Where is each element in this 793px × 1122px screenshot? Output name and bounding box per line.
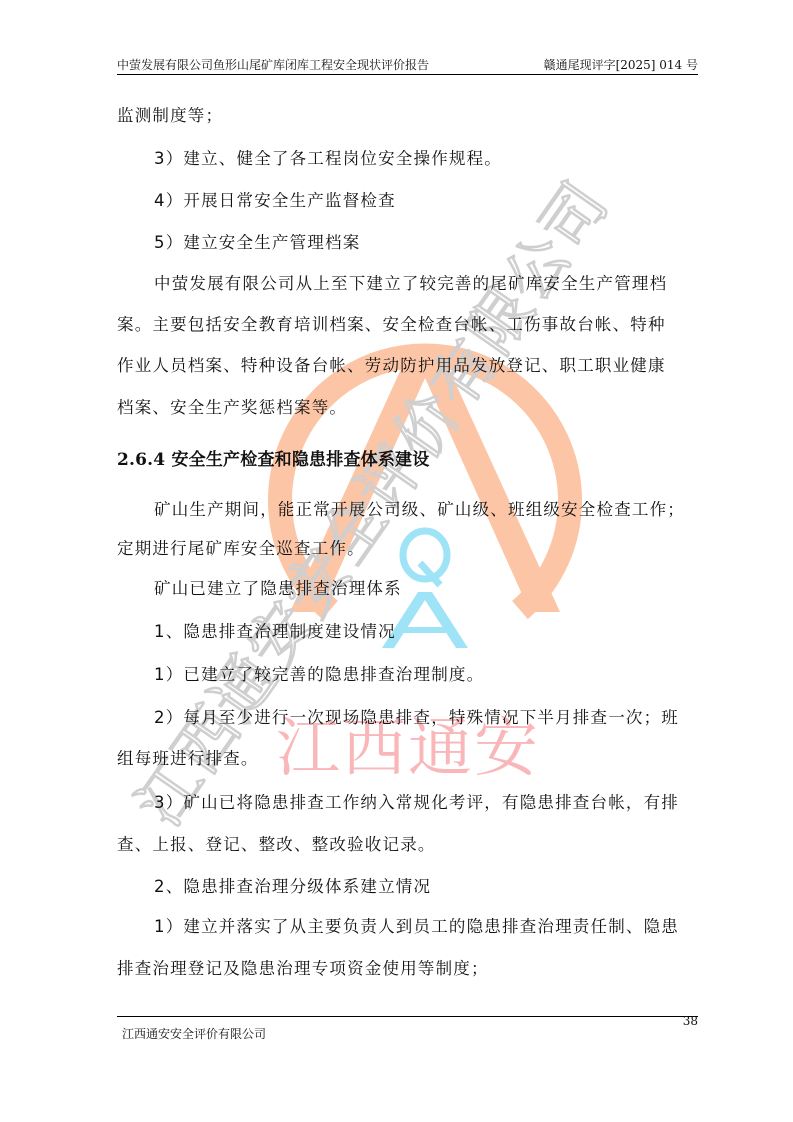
paragraph-line: 定期进行尾矿库安全巡查工作。 xyxy=(117,538,365,560)
page-header: 中萤发展有限公司鱼形山尾矿库闭库工程安全现状评价报告 赣通尾现评字[2025] … xyxy=(117,55,698,75)
paragraph-line: 矿山已建立了隐患排查治理体系 xyxy=(154,578,402,600)
list-item: 2）每月至少进行一次现场隐患排查，特殊情况下半月排查一次；班 xyxy=(154,707,679,729)
list-item: 5）建立安全生产管理档案 xyxy=(154,232,360,254)
paragraph-line: 矿山生产期间，能正常开展公司级、矿山级、班组级安全检查工作； xyxy=(154,499,685,521)
list-item: 1）建立并落实了从主要负责人到员工的隐患排查治理责任制、隐患 xyxy=(154,916,679,938)
list-item: 3）矿山已将隐患排查工作纳入常规化考评，有隐患排查台帐，有排 xyxy=(154,792,679,814)
list-item: 4）开展日常安全生产监督检查 xyxy=(154,190,396,212)
section-heading: 2.6.4 安全生产检查和隐患排查体系建设 xyxy=(117,449,429,471)
footer-divider xyxy=(117,1016,698,1017)
paragraph-line: 监测制度等； xyxy=(117,105,223,127)
paragraph-line: 作业人员档案、特种设备台帐、劳动防护用品发放登记、职工职业健康 xyxy=(117,355,666,377)
document-number: 赣通尾现评字[2025] 014 号 xyxy=(544,57,698,73)
list-item: 2、隐患排查治理分级体系建立情况 xyxy=(154,876,431,898)
report-title: 中萤发展有限公司鱼形山尾矿库闭库工程安全现状评价报告 xyxy=(117,57,429,73)
document-page: 江西通安 江西通安安全评价有限公司 中萤发展有限公司鱼形山尾矿库闭库工程安全现状… xyxy=(0,0,793,1122)
footer-company: 江西通安安全评价有限公司 xyxy=(122,1025,266,1042)
paragraph-line: 组每班进行排查。 xyxy=(117,748,259,770)
paragraph-line: 查、上报、登记、整改、整改验收记录。 xyxy=(117,834,436,856)
list-item: 1、隐患排查治理制度建设情况 xyxy=(154,621,396,643)
page-number: 38 xyxy=(683,1014,698,1028)
list-item: 3）建立、健全了各工程岗位安全操作规程。 xyxy=(154,148,502,170)
paragraph-line: 排查治理登记及隐患治理专项资金使用等制度； xyxy=(117,958,489,980)
paragraph-line: 案。主要包括安全教育培训档案、安全检查台帐、工伤事故台帐、特种 xyxy=(117,314,666,336)
paragraph-line: 档案、安全生产奖惩档案等。 xyxy=(117,397,347,419)
list-item: 1）已建立了较完善的隐患排查治理制度。 xyxy=(154,664,484,686)
paragraph-line: 中萤发展有限公司从上至下建立了较完善的尾矿库安全生产管理档 xyxy=(154,273,667,295)
